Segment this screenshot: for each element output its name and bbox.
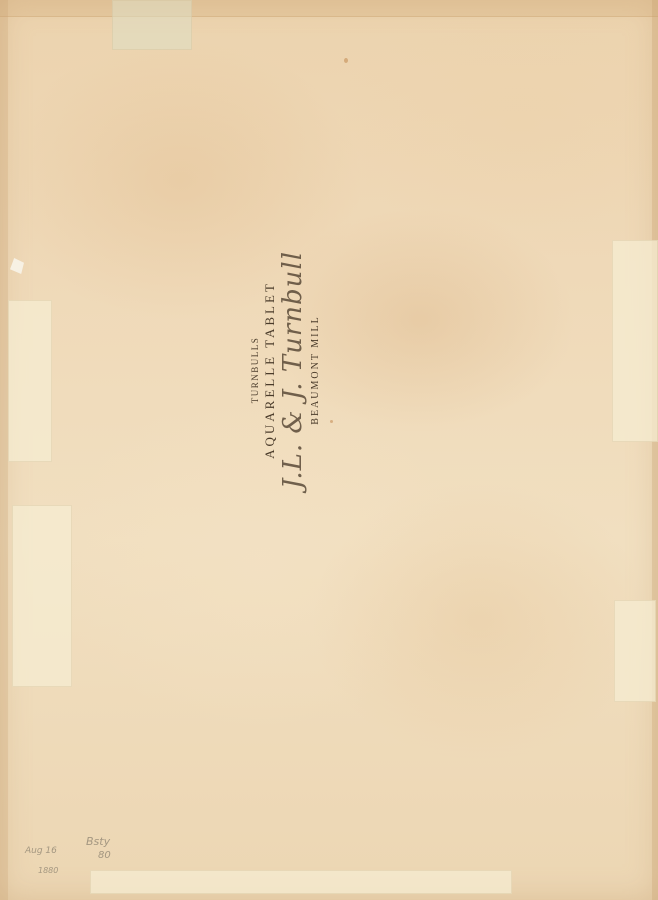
pencil-date: Aug 16	[25, 846, 57, 856]
tape-remnant-bottom	[90, 870, 512, 894]
stamp-product: AQUARELLE TABLET	[262, 250, 278, 490]
paper-top-edge	[0, 0, 658, 17]
pencil-code: Bsty	[86, 835, 110, 848]
tape-remnant-left-upper	[8, 300, 52, 462]
tape-remnant-left-lower	[12, 505, 72, 687]
tape-remnant-top	[112, 0, 192, 50]
foxing-spot	[344, 58, 348, 63]
stamp-mill: BEAUMONT MILL	[310, 250, 321, 490]
pencil-year: 1880	[38, 866, 58, 875]
paper-tear-chip	[10, 258, 24, 274]
paper-sheet: TURNBULLS AQUARELLE TABLET J.L. & J. Tur…	[0, 0, 658, 900]
paper-right-edge	[652, 0, 658, 900]
pencil-code-sub: 80	[98, 850, 111, 861]
tape-remnant-right-lower	[614, 600, 656, 702]
stamp-signature: J.L. & J. Turnbull	[278, 250, 308, 490]
tape-remnant-right-upper	[612, 240, 658, 442]
stamp-brand: TURNBULLS	[250, 250, 260, 490]
paper-left-edge	[0, 0, 8, 900]
